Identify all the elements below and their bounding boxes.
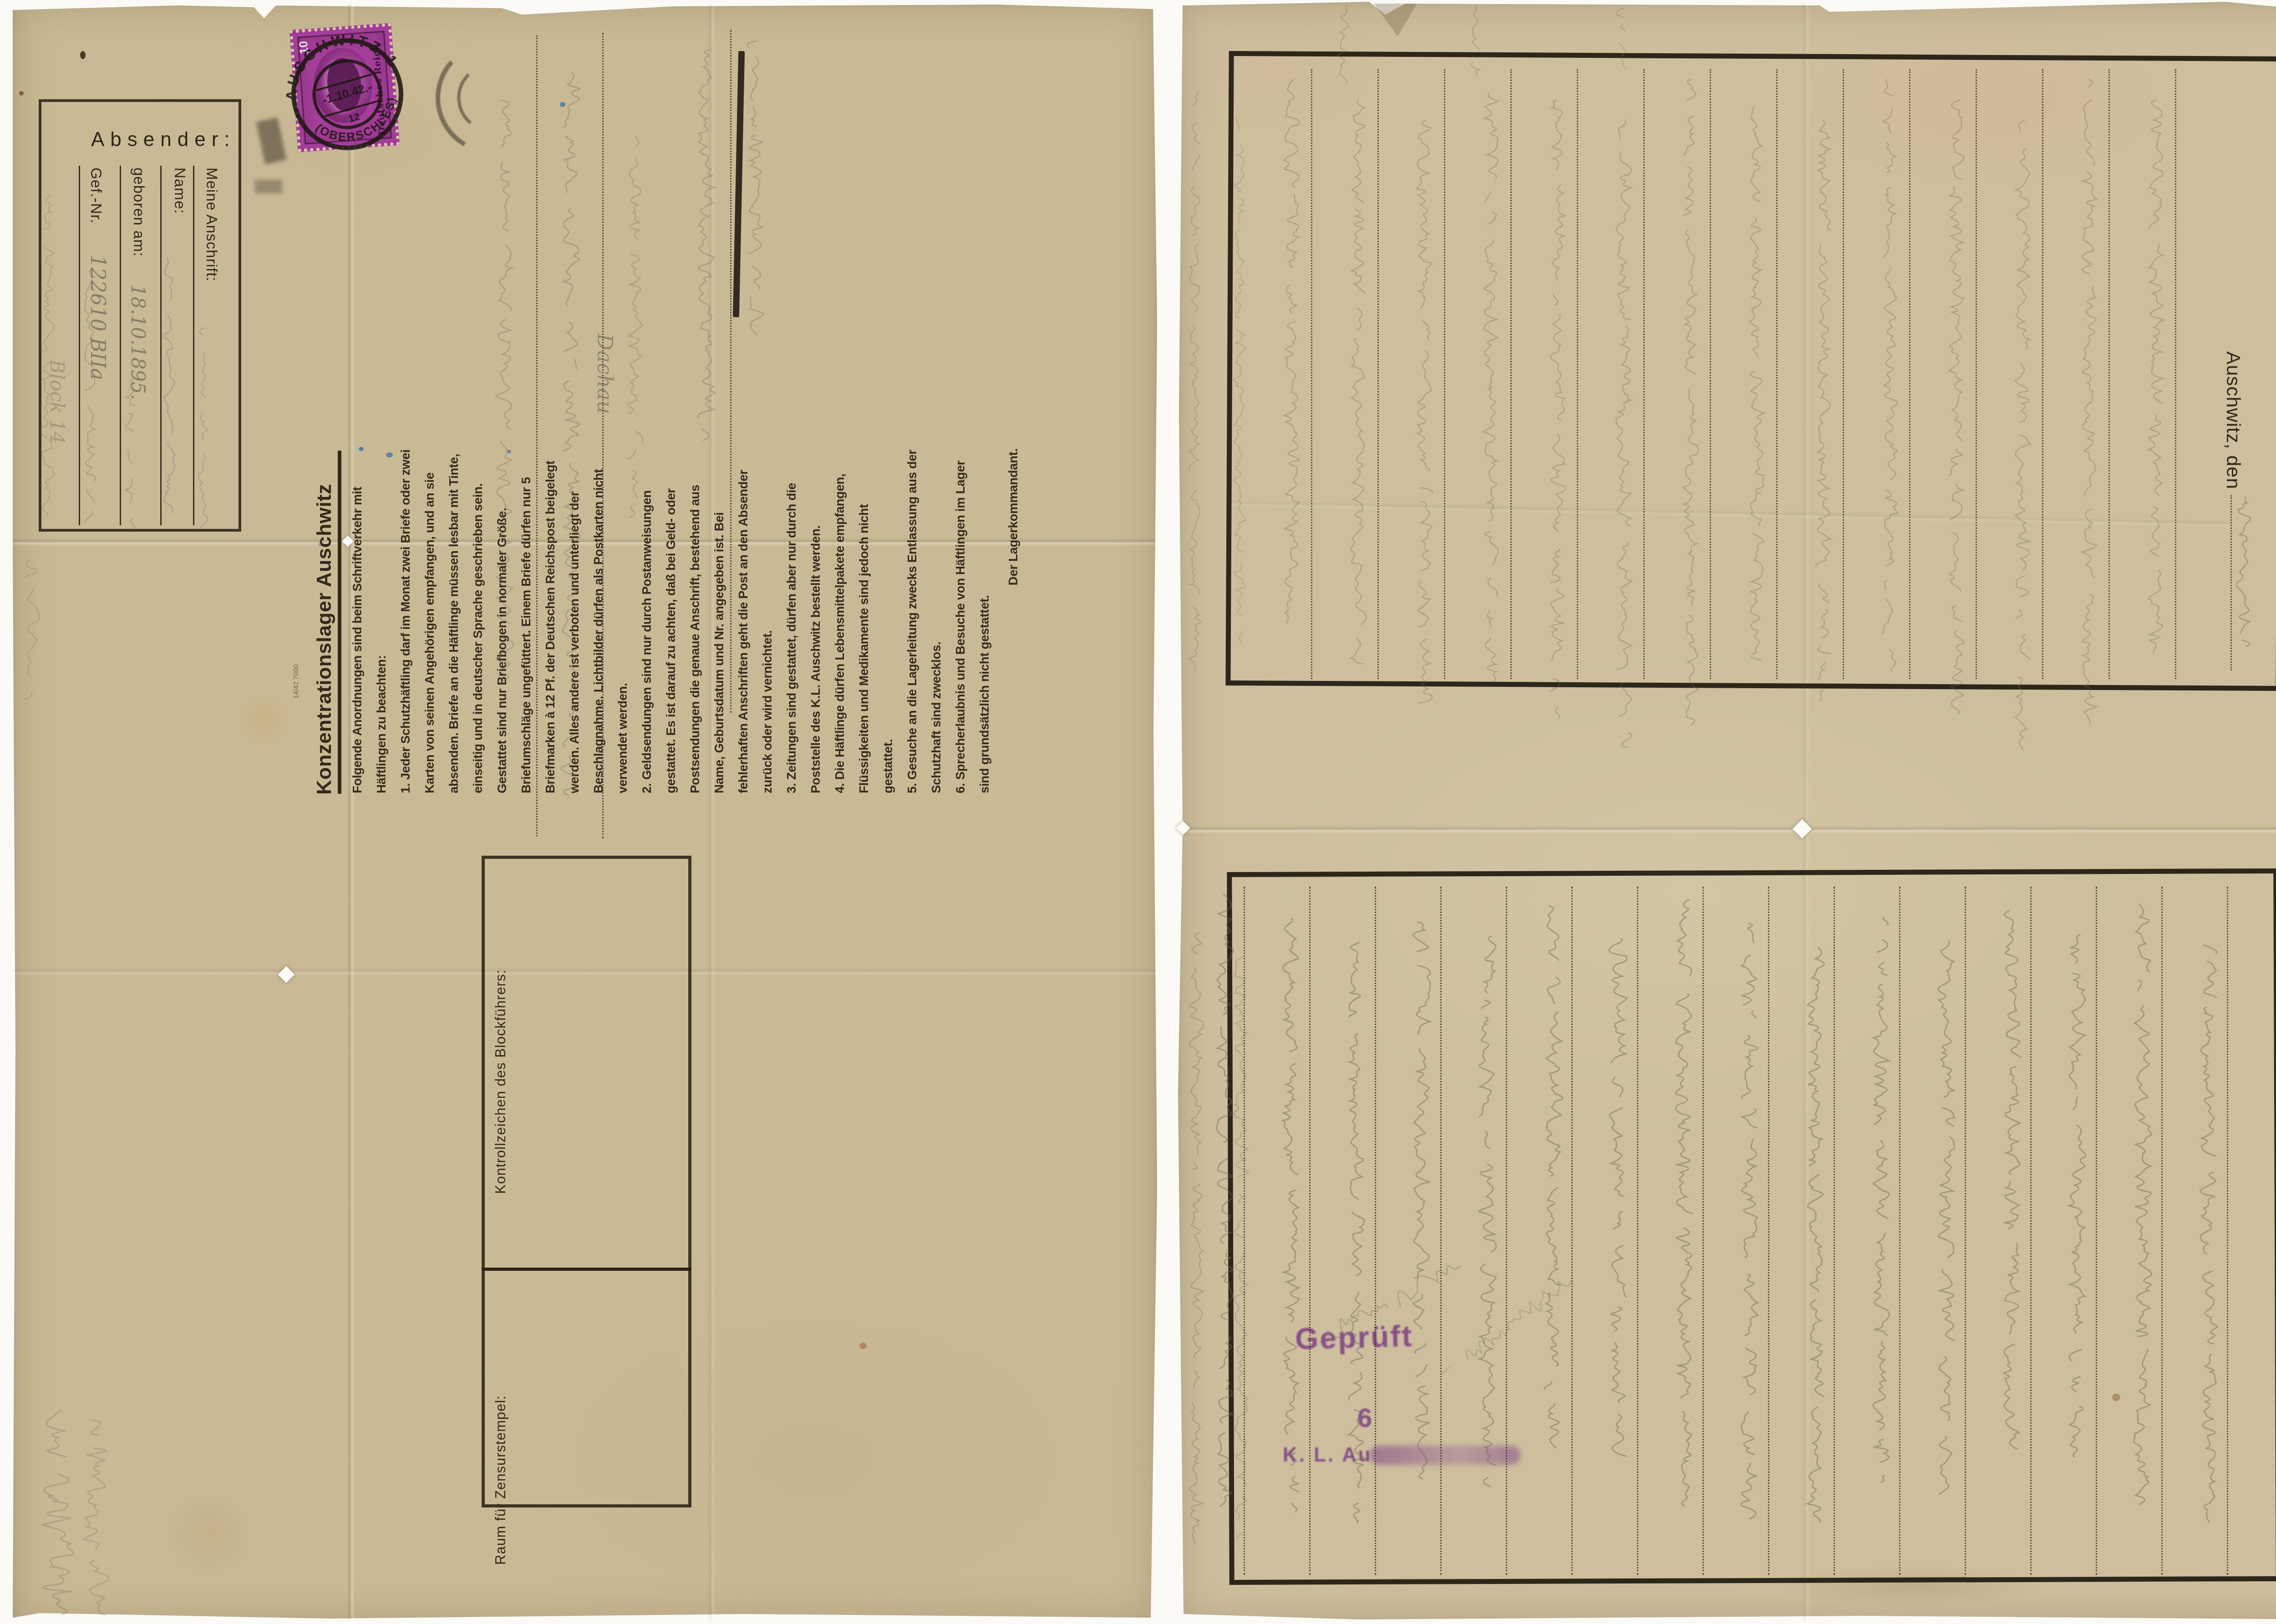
handwriting-pencil-line	[1260, 80, 1324, 621]
handwriting-pencil-line	[2046, 935, 2109, 1452]
handwriting-pencil-line	[0, 546, 64, 683]
handwriting-pencil-line	[1592, 121, 1656, 746]
handwriting-pencil-line	[1991, 121, 2055, 743]
handwriting-pencil-line	[1915, 941, 1978, 1487]
handwriting-pencil-line	[1459, 80, 1523, 672]
handwriting-pencil-line	[1194, 894, 1257, 1500]
handwriting-pencil-line	[1725, 100, 1789, 655]
handwriting-pencil-line	[2177, 929, 2240, 1513]
handwriting-pencil-line	[2212, 497, 2276, 634]
handwriting-pencil-line	[1849, 917, 1913, 1477]
handwriting-pencil-line	[1393, 121, 1457, 696]
handwriting-pencil-line	[724, 41, 787, 332]
handwriting-pencil-line	[1718, 924, 1782, 1512]
handwriting-pencil-line	[2124, 100, 2188, 651]
handwriting-pencil-line	[1652, 899, 1716, 1502]
handwriting-pencil-line	[1326, 100, 1390, 659]
handwriting-pencil-line	[2271, 1256, 2276, 1570]
handwriting-pencil-line	[2111, 904, 2175, 1503]
handwriting-pencil-line	[171, 328, 234, 519]
handwriting-pencil-line	[1312, 5, 1376, 74]
handwriting-pencil-line	[1521, 906, 1585, 1441]
handwriting-pencil-line	[472, 100, 536, 683]
handwriting-pencil-line	[66, 1420, 130, 1607]
handwriting-pencil-line	[1659, 80, 1722, 722]
handwriting-pencil-line	[1783, 948, 1847, 1522]
handwriting-pencil-line	[1980, 911, 2044, 1442]
handwriting-pencil-line	[2058, 80, 2121, 719]
handwriting-pencil-line	[1526, 100, 1590, 709]
handwriting-pencil-line	[539, 73, 603, 783]
handwriting-pencil-line	[1925, 100, 1988, 705]
handwriting-pencil-line	[1259, 919, 1323, 1510]
handwriting-pencil-line	[16, 196, 80, 514]
handwriting-pencil-line	[1444, 6, 1508, 70]
handwriting-pencil-line	[1325, 943, 1388, 1520]
handwriting-pencil-line	[1858, 80, 1922, 668]
handwriting-pencil-line	[1792, 121, 1855, 692]
handwriting-pencil-line	[1589, 8, 1652, 63]
handwriting-pencil-line	[1587, 930, 1651, 1451]
handwriting-pencil-line	[1390, 912, 1454, 1475]
generated-overlay	[0, 0, 2276, 1624]
handwriting-pencil-line	[603, 137, 667, 510]
handwriting-pencil-line	[1456, 936, 1519, 1485]
